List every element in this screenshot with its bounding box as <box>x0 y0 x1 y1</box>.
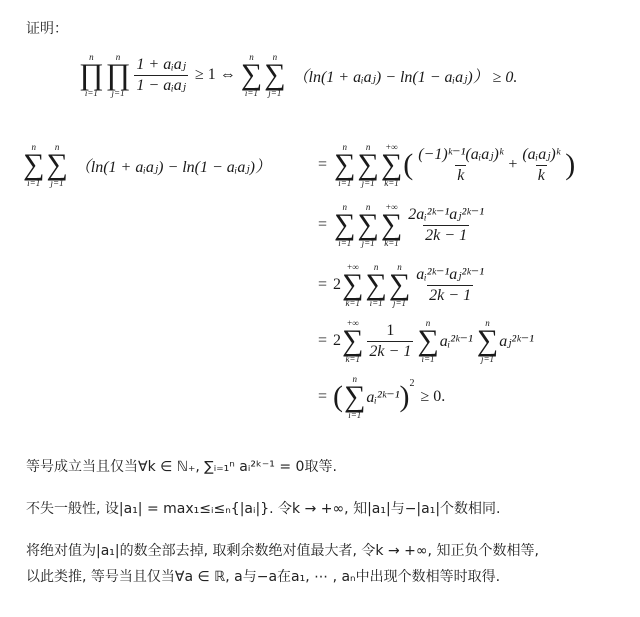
proof-heading: 证明： <box>26 18 68 38</box>
equation-product-equivalence: n∏i=1 n∏j=1 1 + aᵢaⱼ1 − aᵢaⱼ ≥ 1 ⇔ n∑i=1… <box>78 52 517 98</box>
derivation-line-2: = n∑i=1 n∑j=1 +∞∑k=1 2aᵢ²ᵏ⁻¹aⱼ²ᵏ⁻¹2k − 1 <box>318 202 489 248</box>
derivation-line-1: = n∑i=1 n∑j=1 +∞∑k=1 ( (−1)ᵏ⁻¹(aᵢaⱼ)ᵏk +… <box>318 142 575 188</box>
derivation-line-5: = ( n∑i=1 aᵢ²ᵏ⁻¹ )2 ≥ 0. <box>318 374 445 420</box>
derivation-lhs: n∑i=1 n∑j=1 （ln(1 + aᵢaⱼ) − ln(1 − aᵢaⱼ)… <box>22 142 271 188</box>
derivation-line-4: = 2 +∞∑k=1 12k − 1 n∑i=1 aᵢ²ᵏ⁻¹ n∑j=1 aⱼ… <box>318 318 534 364</box>
paragraph-wlog: 不失一般性, 设|a₁| = max₁≤ᵢ≤ₙ{|aᵢ|}. 令k → +∞, … <box>26 498 501 518</box>
product-i: n∏i=1 <box>79 52 104 98</box>
paragraph-remove-max: 将绝对值为|a₁|的数全部去掉, 取剩余数绝对值最大者, 令k → +∞, 知正… <box>26 540 539 560</box>
product-j: n∏j=1 <box>106 52 131 98</box>
paragraph-equality-condition: 等号成立当且仅当∀k ∈ ℕ₊, ∑ᵢ₌₁ⁿ aᵢ²ᵏ⁻¹ = 0取等. <box>26 456 337 476</box>
sum-i: n∑i=1 <box>241 52 262 98</box>
derivation-line-3: = 2 +∞∑k=1 n∑i=1 n∑j=1 aᵢ²ᵏ⁻¹aⱼ²ᵏ⁻¹2k − … <box>318 262 489 308</box>
sum-j: n∑j=1 <box>264 52 285 98</box>
paragraph-conclusion: 以此类推, 等号当且仅当∀a ∈ ℝ, a与−a在a₁, ⋯ , aₙ中出现个数… <box>26 566 500 586</box>
fraction: 1 + aᵢaⱼ1 − aᵢaⱼ <box>134 56 188 95</box>
